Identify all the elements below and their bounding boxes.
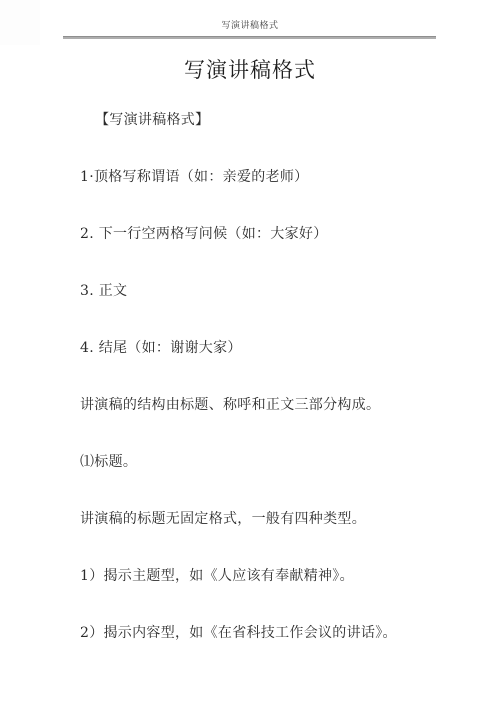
paragraph-sub-heading-1: ⑴标题。 [80,453,472,510]
paragraph-type-2: 2）揭示内容型，如《在省科技工作会议的讲话》。 [80,624,472,681]
paragraph-type-1: 1）揭示主题型，如《人应该有奉献精神》。 [80,567,472,624]
paragraph-item-4: 4. 结尾（如：谢谢大家） [80,339,472,396]
running-header: 写演讲稿格式 [0,18,500,31]
paragraph-item-3: 3. 正文 [80,282,472,339]
paragraph-bracket-heading: 【写演讲稿格式】 [80,111,472,168]
document-body: 【写演讲稿格式】 1·顶格写称谓语（如：亲爱的老师） 2. 下一行空两格写问候（… [80,111,472,681]
paragraph-item-1: 1·顶格写称谓语（如：亲爱的老师） [80,168,472,225]
paragraph-title-types-note: 讲演稿的标题无固定格式，一般有四种类型。 [80,510,472,567]
header-divider-rule [63,36,436,39]
document-page: 写演讲稿格式 写演讲稿格式 【写演讲稿格式】 1·顶格写称谓语（如：亲爱的老师）… [0,0,500,707]
paragraph-structure-note: 讲演稿的结构由标题、称呼和正文三部分构成。 [80,396,472,453]
page-title: 写演讲稿格式 [0,54,500,84]
paragraph-item-2: 2. 下一行空两格写问候（如：大家好） [80,225,472,282]
